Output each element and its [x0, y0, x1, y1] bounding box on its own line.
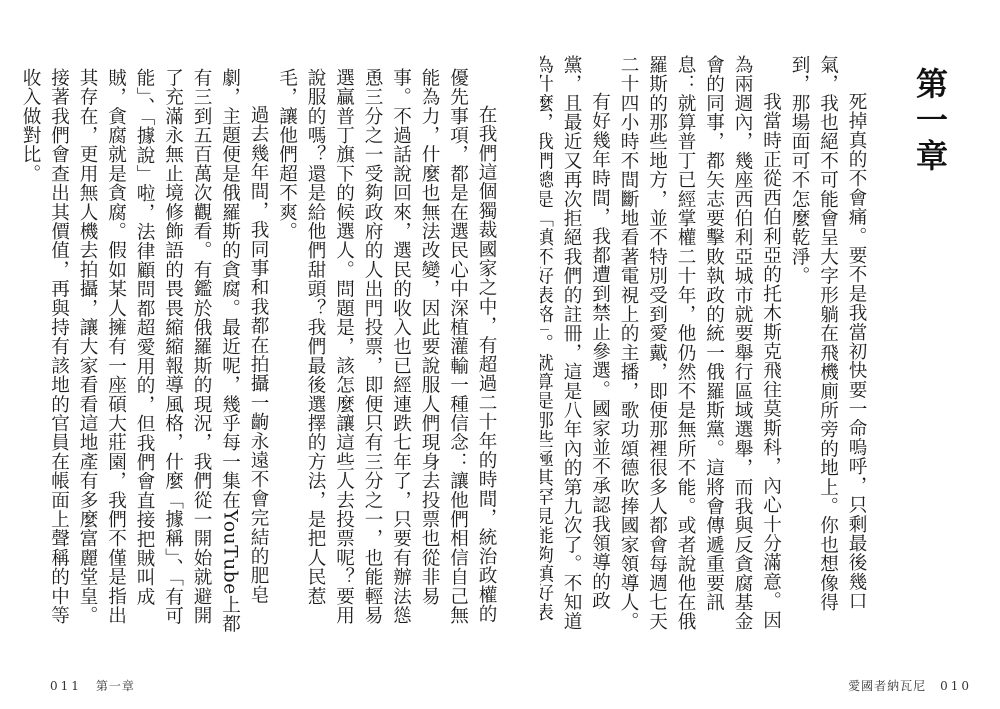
- right-page-body: 死掉真的不會痛。要不是我當初快要一命嗚呼，只剩最後幾口氣，我也絕不可能會呈大字形…: [540, 55, 870, 640]
- page-number: 011: [50, 679, 82, 693]
- chapter-title: 第一章: [907, 67, 953, 175]
- right-page: 第一章 死掉真的不會痛。要不是我當初快要一命嗚呼，只剩最後幾口氣，我也絕不可能會…: [500, 0, 1000, 709]
- paragraph: 過去幾年間，我同事和我都在拍攝一齣永遠不會完結的肥皂劇，主題便是俄羅斯的貪腐。最…: [22, 68, 272, 640]
- running-head: 愛國者納瓦尼: [848, 679, 926, 693]
- left-page-footer: 011第一章: [50, 677, 135, 694]
- paragraph: 有好幾年時間，我都遭到禁止參選。國家並不承認我領導的政黨，且最近又再次拒絕我們的…: [540, 55, 614, 640]
- running-head: 第一章: [96, 679, 135, 693]
- paragraph: 我當時正從西伯利亞的托木斯克飛往莫斯科，內心十分滿意。因為兩週內，幾座西伯利亞城…: [614, 55, 785, 640]
- paragraph: 死掉真的不會痛。要不是我當初快要一命嗚呼，只剩最後幾口氣，我也絕不可能會呈大字形…: [785, 55, 871, 640]
- right-page-footer: 愛國者納瓦尼010: [848, 677, 972, 694]
- left-page: 在我們這個獨裁國家之中，有超過二十年的時間，統治政權的優先事項，都是在選民心中深…: [0, 0, 500, 709]
- page-number: 010: [940, 679, 972, 693]
- left-page-body: 在我們這個獨裁國家之中，有超過二十年的時間，統治政權的優先事項，都是在選民心中深…: [22, 68, 500, 640]
- paragraph: 在我們這個獨裁國家之中，有超過二十年的時間，統治政權的優先事項，都是在選民心中深…: [272, 68, 500, 640]
